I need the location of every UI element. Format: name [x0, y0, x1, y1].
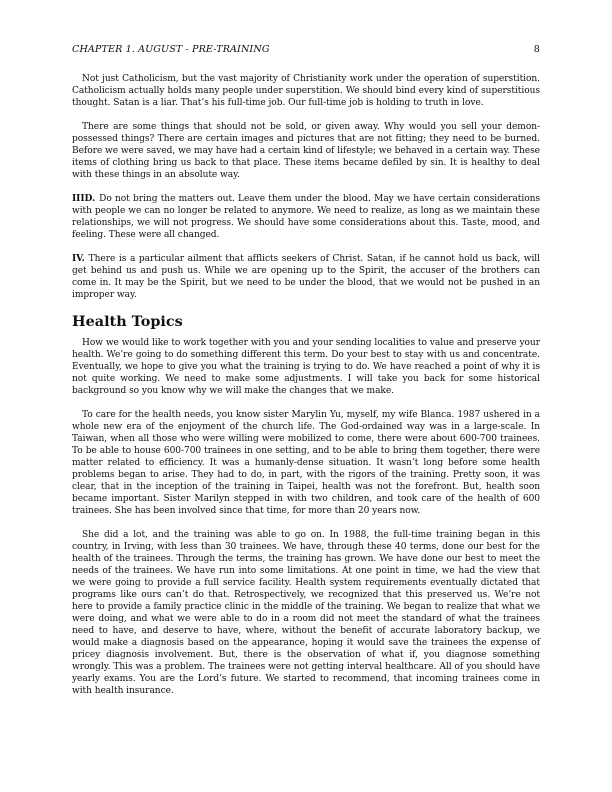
section-heading: Health Topics: [72, 313, 540, 331]
point-text: There is a particular ailment that affli…: [72, 254, 540, 300]
running-header: CHAPTER 1. AUGUST - PRE-TRAINING 8: [72, 44, 540, 56]
paragraph-health-training: She did a lot, and the training was able…: [72, 529, 540, 697]
paragraph-superstition: Not just Catholicism, but the vast major…: [72, 73, 540, 109]
paragraph-health-history: To care for the health needs, you know s…: [72, 409, 540, 517]
point-label: IIID.: [72, 194, 95, 204]
paragraph-health-intro: How we would like to work together with …: [72, 337, 540, 397]
document-page: CHAPTER 1. AUGUST - PRE-TRAINING 8 Not j…: [72, 44, 540, 697]
paragraph-possessions: There are some things that should not be…: [72, 121, 540, 181]
point-iv: IV.There is a particular ailment that af…: [72, 253, 540, 301]
point-iiid: IIID.Do not bring the matters out. Leave…: [72, 193, 540, 241]
page-number: 8: [534, 44, 540, 56]
point-label: IV.: [72, 254, 85, 264]
chapter-title: CHAPTER 1. AUGUST - PRE-TRAINING: [72, 44, 270, 56]
point-text: Do not bring the matters out. Leave them…: [72, 194, 540, 240]
